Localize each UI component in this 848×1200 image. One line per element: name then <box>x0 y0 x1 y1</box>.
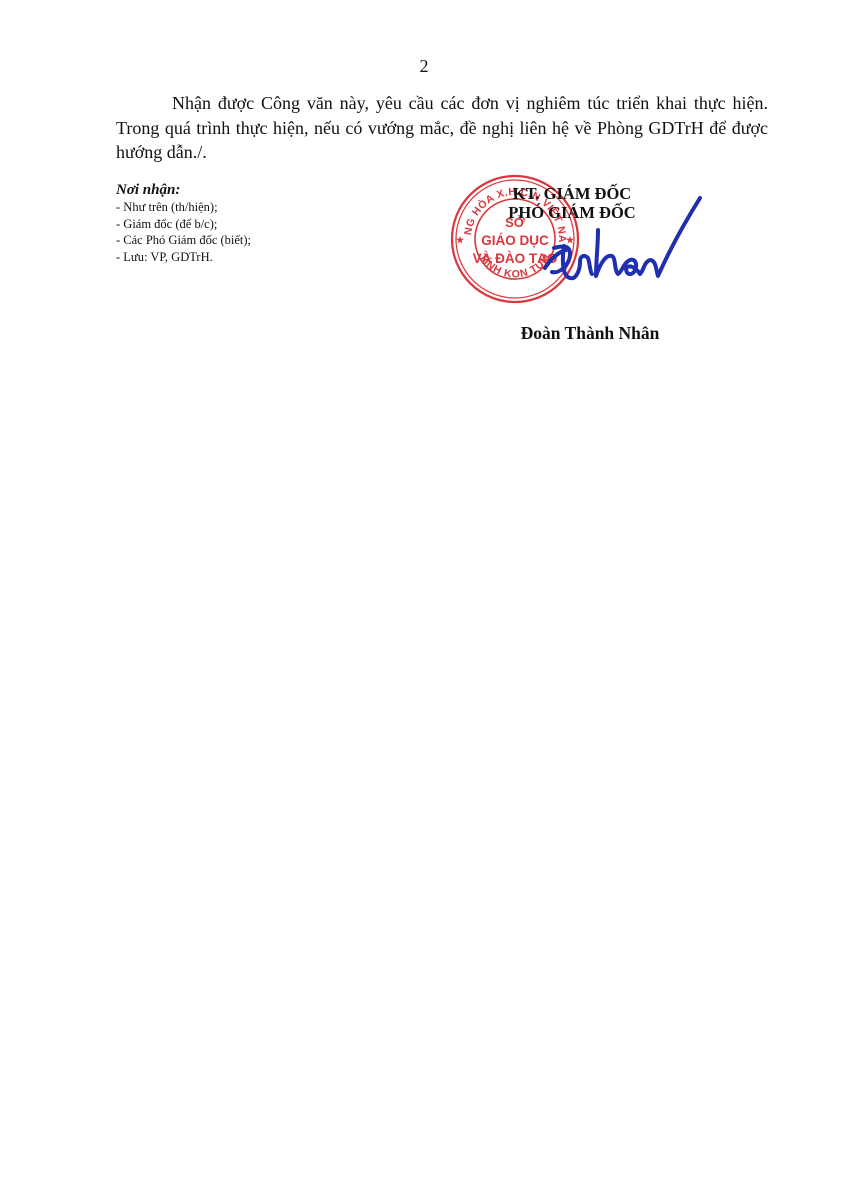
handwritten-signature-icon <box>540 190 710 290</box>
recipient-item: - Các Phó Giám đốc (biết); <box>116 232 376 249</box>
recipient-item: - Lưu: VP, GDTrH. <box>116 249 376 266</box>
signer-name: Đoàn Thành Nhân <box>490 323 690 344</box>
page-number: 2 <box>0 56 848 77</box>
svg-text:★: ★ <box>456 235 465 245</box>
body-paragraph: Nhận được Công văn này, yêu cầu các đơn … <box>116 91 768 165</box>
recipient-item: - Giám đốc (để b/c); <box>116 216 376 233</box>
recipients-list: - Như trên (th/hiện); - Giám đốc (để b/c… <box>116 199 376 265</box>
recipient-item: - Như trên (th/hiện); <box>116 199 376 216</box>
recipients-block: Nơi nhận: - Như trên (th/hiện); - Giám đ… <box>116 181 376 265</box>
svg-text:GIÁO DỤC: GIÁO DỤC <box>481 233 549 248</box>
recipients-title: Nơi nhận: <box>116 181 376 199</box>
